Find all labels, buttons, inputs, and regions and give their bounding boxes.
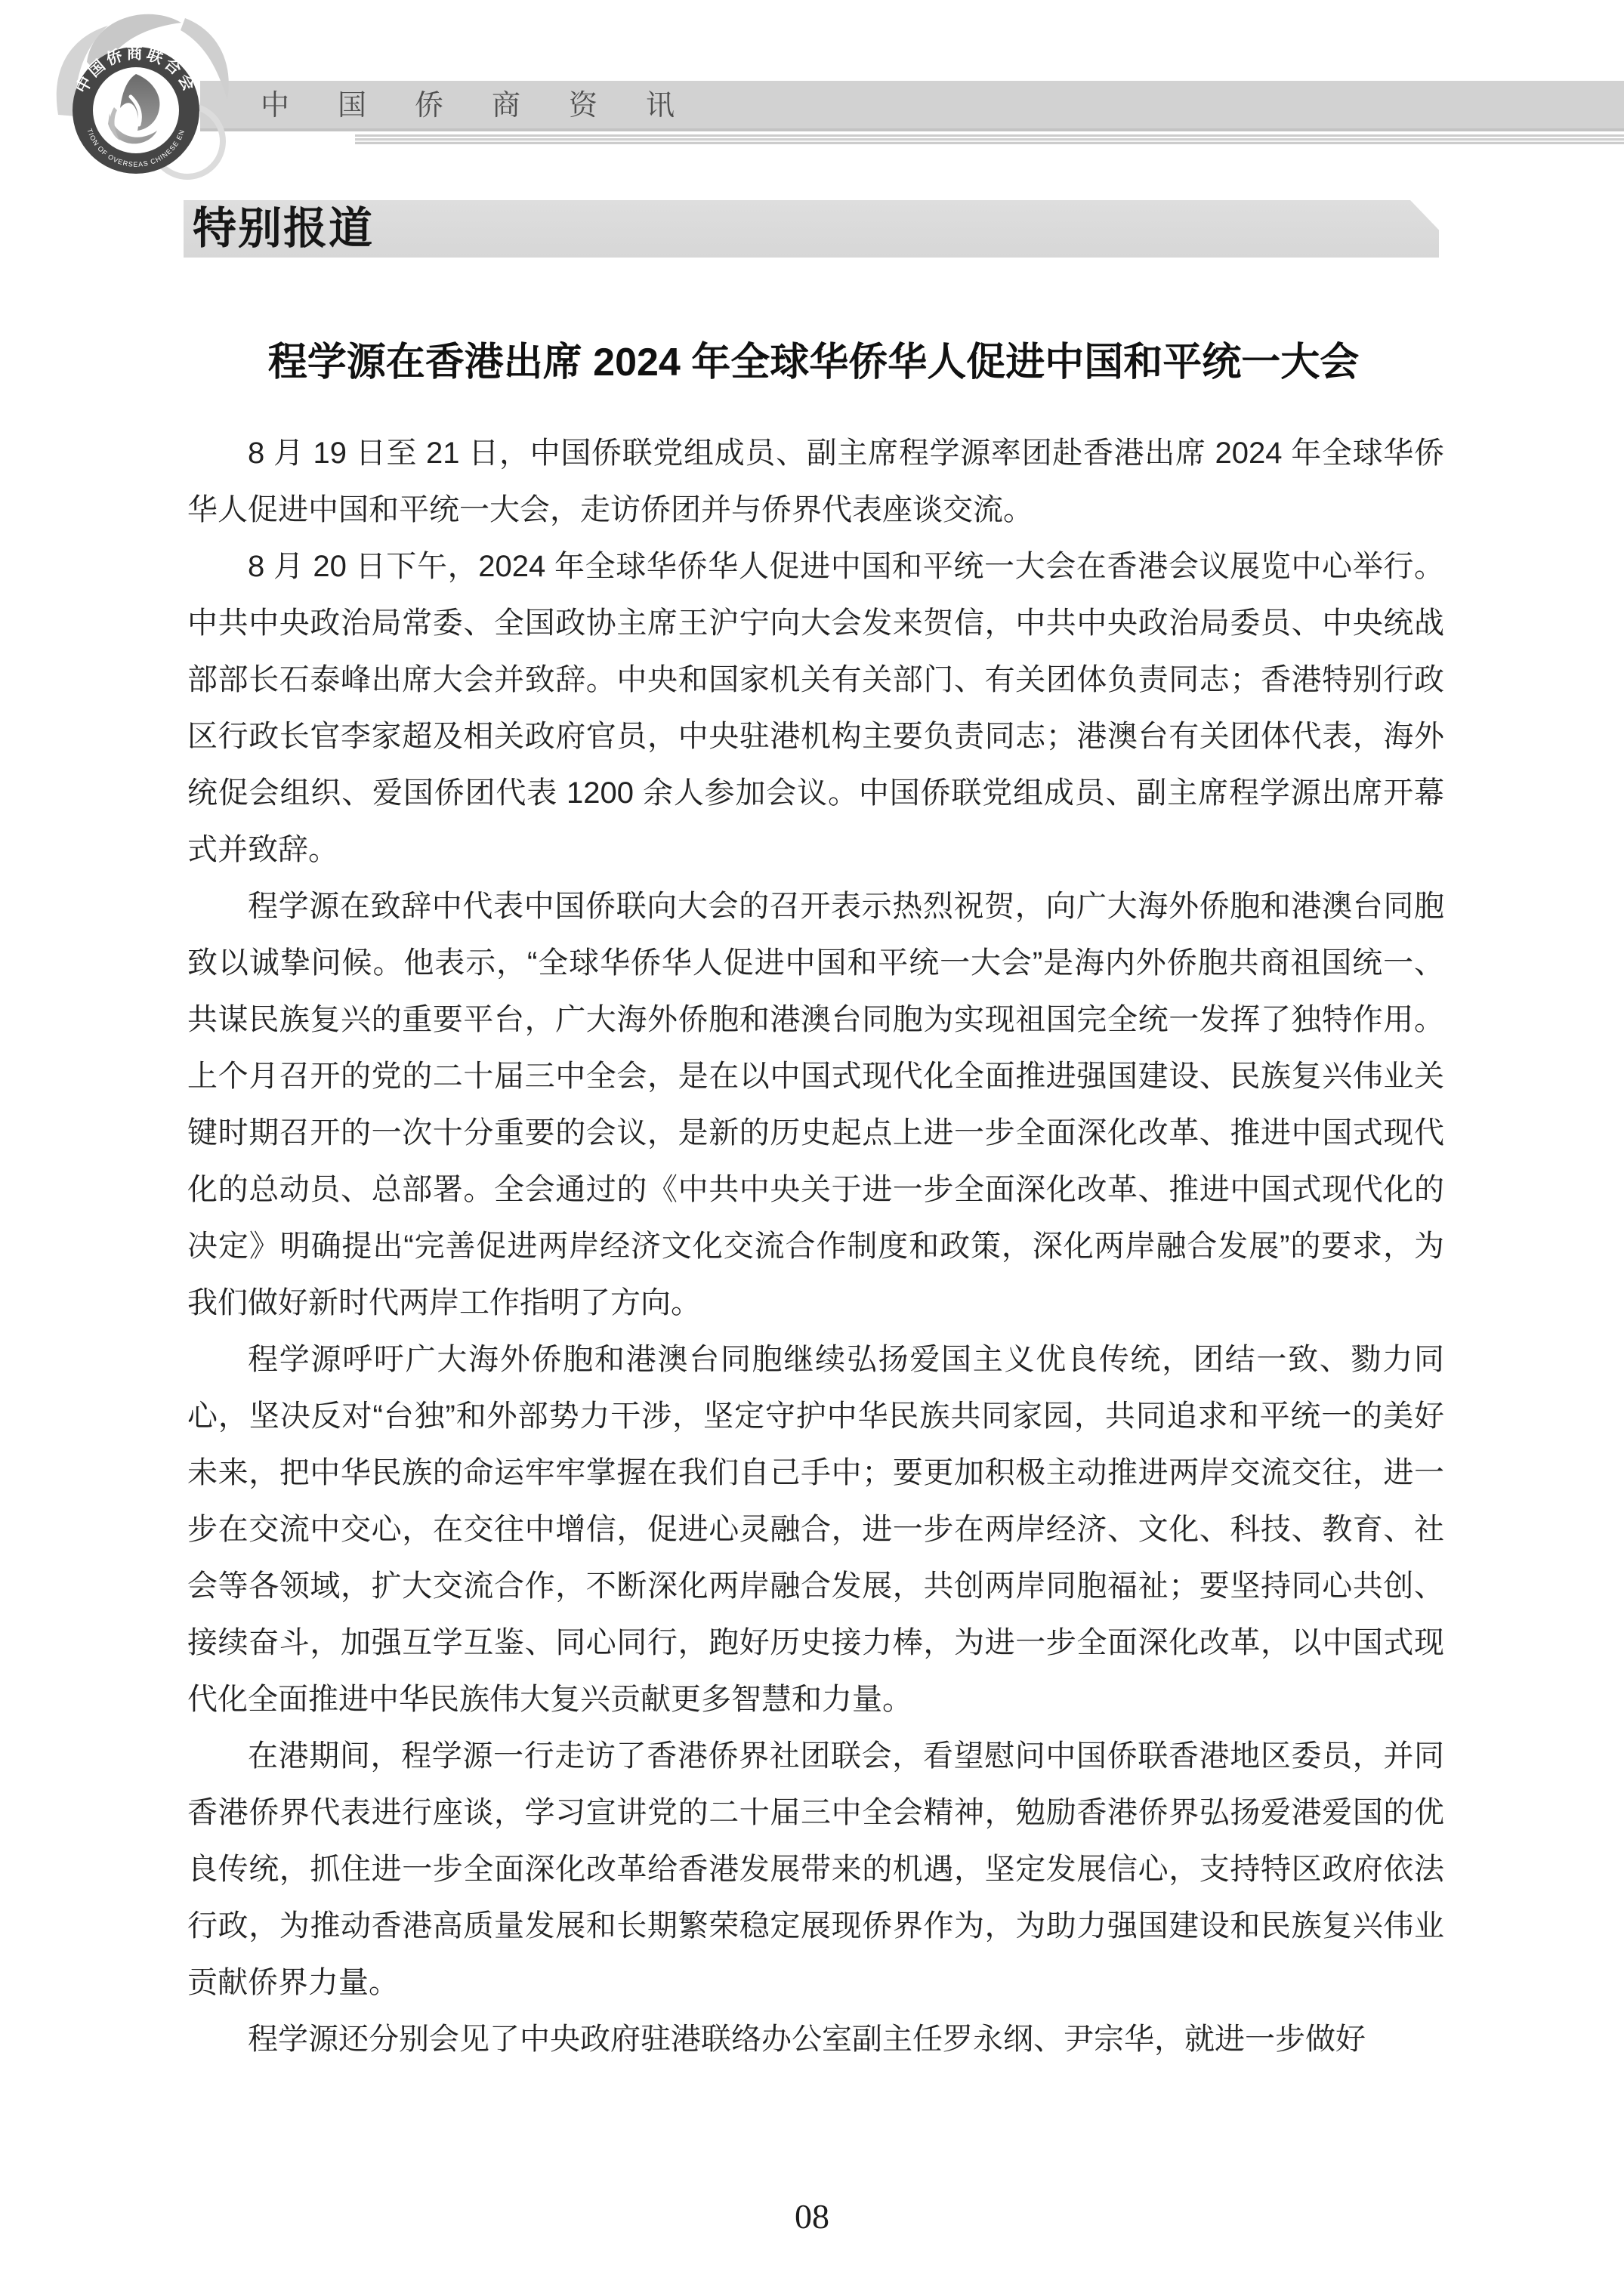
section-banner: 特别报道: [184, 200, 1439, 258]
cfoce-logo-icon: 中国侨商联合会 CHINA FEDERATION OF OVERSEAS CHI…: [42, 2, 366, 205]
page-number: 08: [0, 2196, 1624, 2236]
section-title: 特别报道: [193, 200, 374, 258]
article-paragraph-1: 8 月 19 日至 21 日，中国侨联党组成员、副主席程学源率团赴香港出席 20…: [187, 425, 1444, 539]
article-paragraph-3: 程学源在致辞中代表中国侨联向大会的召开表示热烈祝贺，向广大海外侨胞和港澳台同胞致…: [187, 878, 1444, 1332]
masthead-logo: 中国侨商联合会 CHINA FEDERATION OF OVERSEAS CHI…: [42, 2, 366, 205]
article-paragraph-4: 程学源呼吁广大海外侨胞和港澳台同胞继续弘扬爱国主义优良传统，团结一致、勠力同心，…: [187, 1332, 1444, 1728]
article-paragraph-6: 程学源还分别会见了中央政府驻港联络办公室副主任罗永纲、尹宗华，就进一步做好: [187, 2011, 1444, 2068]
article-body: 8 月 19 日至 21 日，中国侨联党组成员、副主席程学源率团赴香港出席 20…: [187, 425, 1444, 2068]
page-root: 中国侨商资讯: [0, 0, 1624, 2293]
article-title: 程学源在香港出席 2024 年全球华侨华人促进中国和平统一大会: [184, 338, 1443, 387]
masthead-stripes-divider: [355, 134, 1624, 146]
article-paragraph-2: 8 月 20 日下午，2024 年全球华侨华人促进中国和平统一大会在香港会议展览…: [187, 539, 1444, 878]
article-paragraph-5: 在港期间，程学源一行走访了香港侨界社团联会，看望慰问中国侨联香港地区委员，并同香…: [187, 1728, 1444, 2011]
